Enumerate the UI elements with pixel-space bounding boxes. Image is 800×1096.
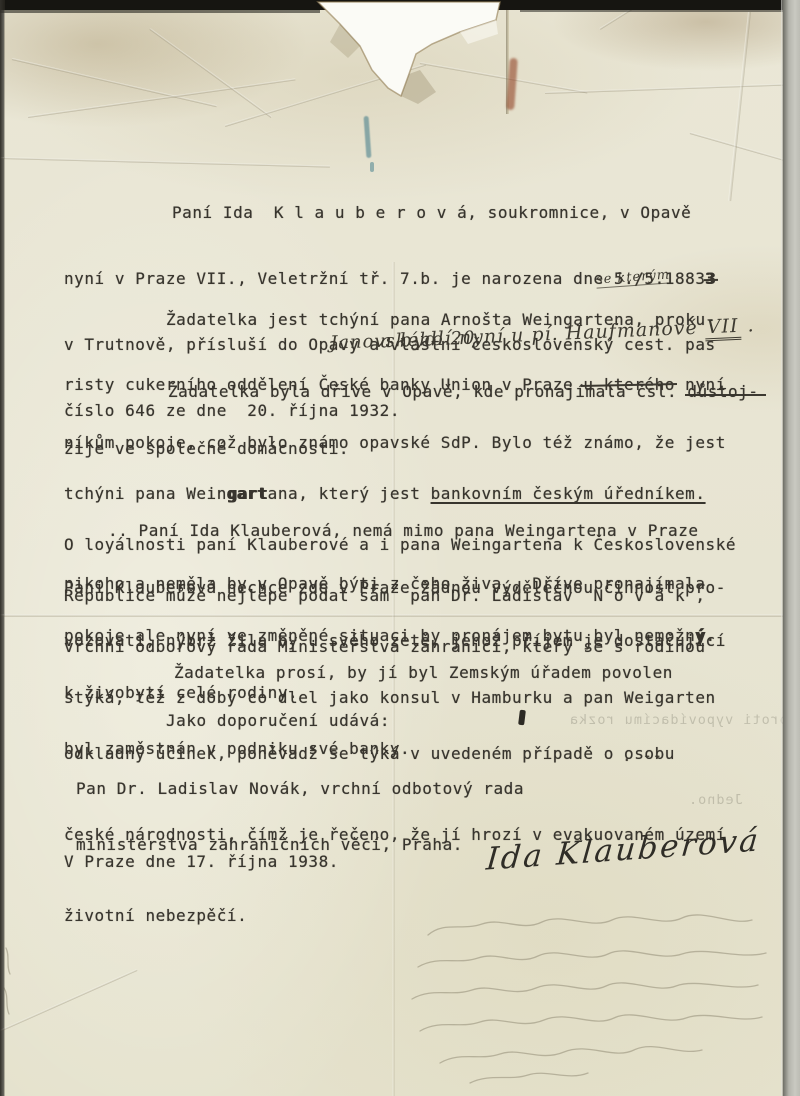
scanner-top-edge-shadow bbox=[0, 9, 320, 13]
text-line: Paní Klauberová nechce zde v Praze žádno… bbox=[64, 579, 764, 597]
pencil-notes-illegible bbox=[410, 905, 790, 1090]
scanner-right-edge bbox=[783, 0, 800, 1096]
handwritten-numeral: VII bbox=[704, 315, 741, 342]
scanner-top-edge-shadow bbox=[520, 9, 800, 12]
text-line: .. Paní Ida Klauberová, nemá mimo pana W… bbox=[64, 522, 764, 540]
scanner-left-edge bbox=[0, 0, 5, 1096]
text-line: Žadatelka byla dříve v Opavě, kde pronaj… bbox=[64, 383, 764, 400]
torn-notch bbox=[300, 0, 530, 140]
recommendation-heading: Jako doporučení udává: bbox=[166, 711, 800, 730]
document-scan: proti vypovídacímu rozka Jedno. Paní Ida… bbox=[0, 0, 800, 1096]
text-line: Paní Ida K l a u b e r o v á, soukromnic… bbox=[64, 202, 764, 224]
text-line: Pan Dr. Ladislav Novák, vrchní odbotový … bbox=[76, 780, 776, 799]
text-line: níkům pokoje, což bylo známo opavské SdP… bbox=[64, 434, 764, 451]
margin-mark: . -- bbox=[622, 746, 682, 765]
text-line: Žadatelka prosí, by jí byl Zemským úřade… bbox=[64, 659, 764, 686]
